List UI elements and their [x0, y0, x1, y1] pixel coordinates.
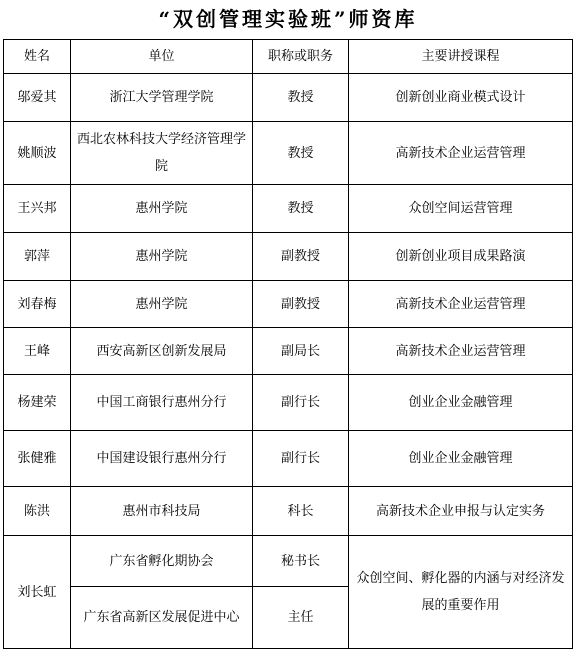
- cell-title: 教授: [253, 74, 349, 122]
- table-row: 王兴邦 惠州学院 教授 众创空间运营管理: [4, 185, 573, 233]
- cell-unit: 惠州学院: [71, 185, 253, 233]
- cell-course: 众创空间、孵化器的内涵与对经济发展的重要作用: [349, 536, 573, 649]
- cell-unit: 广东省高新区发展促进中心: [71, 587, 253, 649]
- cell-name: 王峰: [4, 328, 71, 375]
- cell-course: 创新创业项目成果路演: [349, 233, 573, 281]
- cell-title: 副行长: [253, 375, 349, 431]
- cell-title: 主任: [253, 587, 349, 649]
- table-row: 张健雅 中国建设银行惠州分行 副行长 创业企业金融管理: [4, 431, 573, 487]
- table-row: 邬爱其 浙江大学管理学院 教授 创新创业商业模式设计: [4, 74, 573, 122]
- page-title: “双创管理实验班”师资库: [0, 6, 576, 32]
- cell-course: 高新技术企业运营管理: [349, 281, 573, 328]
- cell-name: 刘春梅: [4, 281, 71, 328]
- cell-title: 副行长: [253, 431, 349, 487]
- cell-unit: 中国建设银行惠州分行: [71, 431, 253, 487]
- cell-title: 教授: [253, 122, 349, 185]
- cell-title: 秘书长: [253, 536, 349, 587]
- cell-title: 副教授: [253, 233, 349, 281]
- table-row: 刘长虹 广东省孵化期协会 秘书长 众创空间、孵化器的内涵与对经济发展的重要作用: [4, 536, 573, 587]
- cell-unit: 中国工商银行惠州分行: [71, 375, 253, 431]
- cell-name: 郭萍: [4, 233, 71, 281]
- table-row: 郭萍 惠州学院 副教授 创新创业项目成果路演: [4, 233, 573, 281]
- cell-unit: 惠州学院: [71, 281, 253, 328]
- table-row: 杨建荣 中国工商银行惠州分行 副行长 创业企业金融管理: [4, 375, 573, 431]
- cell-unit: 广东省孵化期协会: [71, 536, 253, 587]
- cell-name: 王兴邦: [4, 185, 71, 233]
- table-row: 陈洪 惠州市科技局 科长 高新技术企业申报与认定实务: [4, 487, 573, 536]
- cell-unit: 西安高新区创新发展局: [71, 328, 253, 375]
- cell-name: 杨建荣: [4, 375, 71, 431]
- cell-name: 张健雅: [4, 431, 71, 487]
- cell-unit: 西北农林科技大学经济管理学院: [71, 122, 253, 185]
- table-header-row: 姓名 单位 职称或职务 主要讲授课程: [4, 40, 573, 74]
- header-name: 姓名: [4, 40, 71, 74]
- faculty-table: 姓名 单位 职称或职务 主要讲授课程 邬爱其 浙江大学管理学院 教授 创新创业商…: [3, 39, 573, 649]
- cell-unit: 惠州市科技局: [71, 487, 253, 536]
- header-unit: 单位: [71, 40, 253, 74]
- cell-title: 副教授: [253, 281, 349, 328]
- cell-course: 创业企业金融管理: [349, 431, 573, 487]
- table-row: 王峰 西安高新区创新发展局 副局长 高新技术企业运营管理: [4, 328, 573, 375]
- cell-course: 众创空间运营管理: [349, 185, 573, 233]
- table-row: 姚顺波 西北农林科技大学经济管理学院 教授 高新技术企业运营管理: [4, 122, 573, 185]
- cell-course: 创业企业金融管理: [349, 375, 573, 431]
- cell-course: 高新技术企业运营管理: [349, 122, 573, 185]
- cell-unit: 浙江大学管理学院: [71, 74, 253, 122]
- cell-unit: 惠州学院: [71, 233, 253, 281]
- cell-name: 陈洪: [4, 487, 71, 536]
- cell-title: 副局长: [253, 328, 349, 375]
- cell-title: 教授: [253, 185, 349, 233]
- header-title: 职称或职务: [253, 40, 349, 74]
- cell-title: 科长: [253, 487, 349, 536]
- cell-course: 高新技术企业运营管理: [349, 328, 573, 375]
- cell-course: 创新创业商业模式设计: [349, 74, 573, 122]
- cell-name: 刘长虹: [4, 536, 71, 649]
- cell-course: 高新技术企业申报与认定实务: [349, 487, 573, 536]
- table-row: 刘春梅 惠州学院 副教授 高新技术企业运营管理: [4, 281, 573, 328]
- cell-name: 姚顺波: [4, 122, 71, 185]
- header-course: 主要讲授课程: [349, 40, 573, 74]
- cell-name: 邬爱其: [4, 74, 71, 122]
